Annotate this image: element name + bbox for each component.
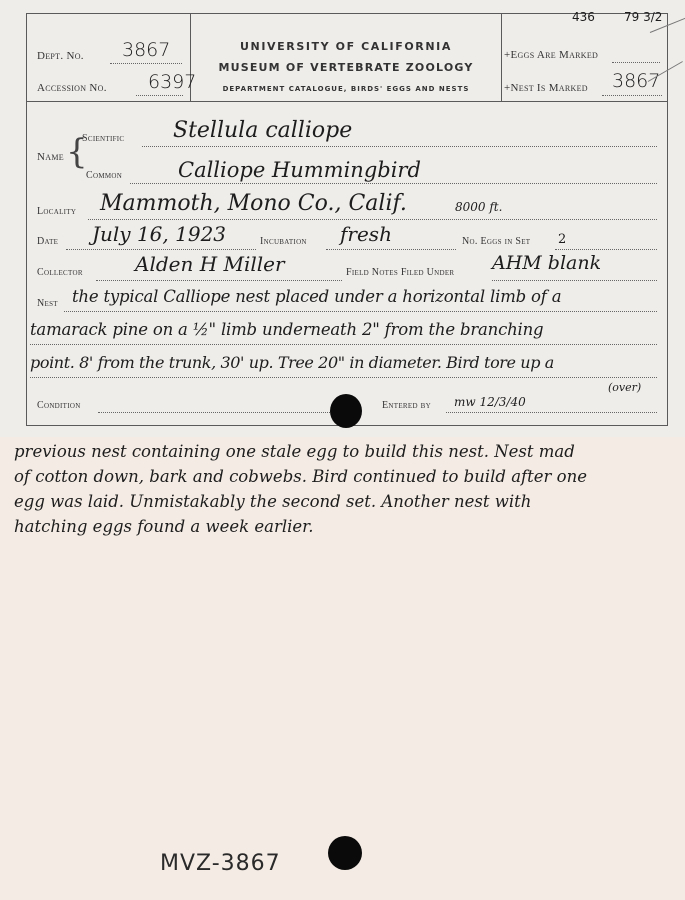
institution-title: UNIVERSITY OF CALIFORNIA — [190, 40, 502, 53]
scientific-name-value: Stellula calliope — [173, 118, 352, 143]
card-reverse: previous nest containing one stale egg t… — [0, 437, 685, 900]
date-label: Date — [37, 236, 58, 247]
entered-by-value: mw 12/3/40 — [454, 395, 526, 409]
entered-by-label: Entered by — [382, 400, 431, 411]
date-value: July 16, 1923 — [92, 222, 226, 246]
nest-description-line-3: point. 8' from the trunk, 30' up. Tree 2… — [30, 353, 554, 372]
department-box: Dept. No. 3867 Accession No. 6397 — [26, 13, 191, 101]
nest-description-line-2: tamarack pine on a ½" limb underneath 2"… — [30, 320, 543, 339]
locality-label: Locality — [37, 206, 76, 217]
locality-value: Mammoth, Mono Co., Calif. — [100, 191, 407, 216]
scientific-label: Scientific — [82, 133, 124, 144]
incubation-value: fresh — [340, 222, 392, 246]
museum-title: MUSEUM OF VERTEBRATE ZOOLOGY — [190, 61, 502, 74]
top-note-2: 79 3/2 — [624, 10, 662, 24]
header-row: Dept. No. 3867 Accession No. 6397 UNIVER… — [26, 13, 668, 102]
incubation-label: Incubation — [260, 236, 307, 247]
collector-value: Alden H Miller — [135, 252, 285, 276]
card-front: Dept. No. 3867 Accession No. 6397 UNIVER… — [0, 0, 685, 437]
punch-hole — [330, 394, 362, 428]
nest-marked-value: 3867 — [612, 70, 660, 92]
collector-label: Collector — [37, 267, 83, 278]
nest-marked-label: +Nest Is Marked — [504, 82, 588, 94]
common-name-value: Calliope Hummingbird — [178, 158, 421, 182]
marking-box: 436 79 3/2 +Eggs Are Marked +Nest Is Mar… — [501, 13, 668, 101]
eggs-marked-text: Eggs Are Marked — [511, 49, 599, 61]
reverse-line-4: hatching eggs found a week earlier. — [14, 517, 313, 536]
over-note: (over) — [608, 381, 641, 394]
elevation-value: 8000 ft. — [455, 200, 502, 214]
common-label: Common — [86, 170, 122, 181]
accession-no-label: Accession No. — [37, 82, 107, 94]
top-note-1: 436 — [572, 10, 595, 24]
name-label: Name — [37, 151, 64, 163]
catalogue-subtitle: DEPARTMENT CATALOGUE, BIRDS' EGGS AND NE… — [190, 85, 502, 93]
dept-no-value: 3867 — [122, 39, 170, 61]
eggs-marked-label: +Eggs Are Marked — [504, 49, 598, 61]
field-notes-label: Field Notes Filed Under — [346, 267, 454, 278]
eggs-in-set-label: No. Eggs in Set — [462, 236, 530, 247]
nest-label: Nest — [37, 298, 58, 309]
eggs-in-set-value: 2 — [558, 232, 566, 247]
nest-description-line-1: the typical Calliope nest placed under a… — [72, 287, 561, 306]
condition-label: Condition — [37, 400, 81, 411]
reverse-line-1: previous nest containing one stale egg t… — [14, 442, 575, 461]
punch-hole — [328, 836, 362, 870]
reverse-line-2: of cotton down, bark and cobwebs. Bird c… — [14, 467, 587, 486]
reverse-line-3: egg was laid. Unmistakably the second se… — [14, 492, 531, 511]
nest-marked-text: Nest Is Marked — [511, 82, 588, 94]
catalog-stamp: MVZ-3867 — [160, 851, 281, 876]
dept-no-label: Dept. No. — [37, 50, 84, 62]
field-notes-value: AHM blank — [492, 252, 601, 274]
